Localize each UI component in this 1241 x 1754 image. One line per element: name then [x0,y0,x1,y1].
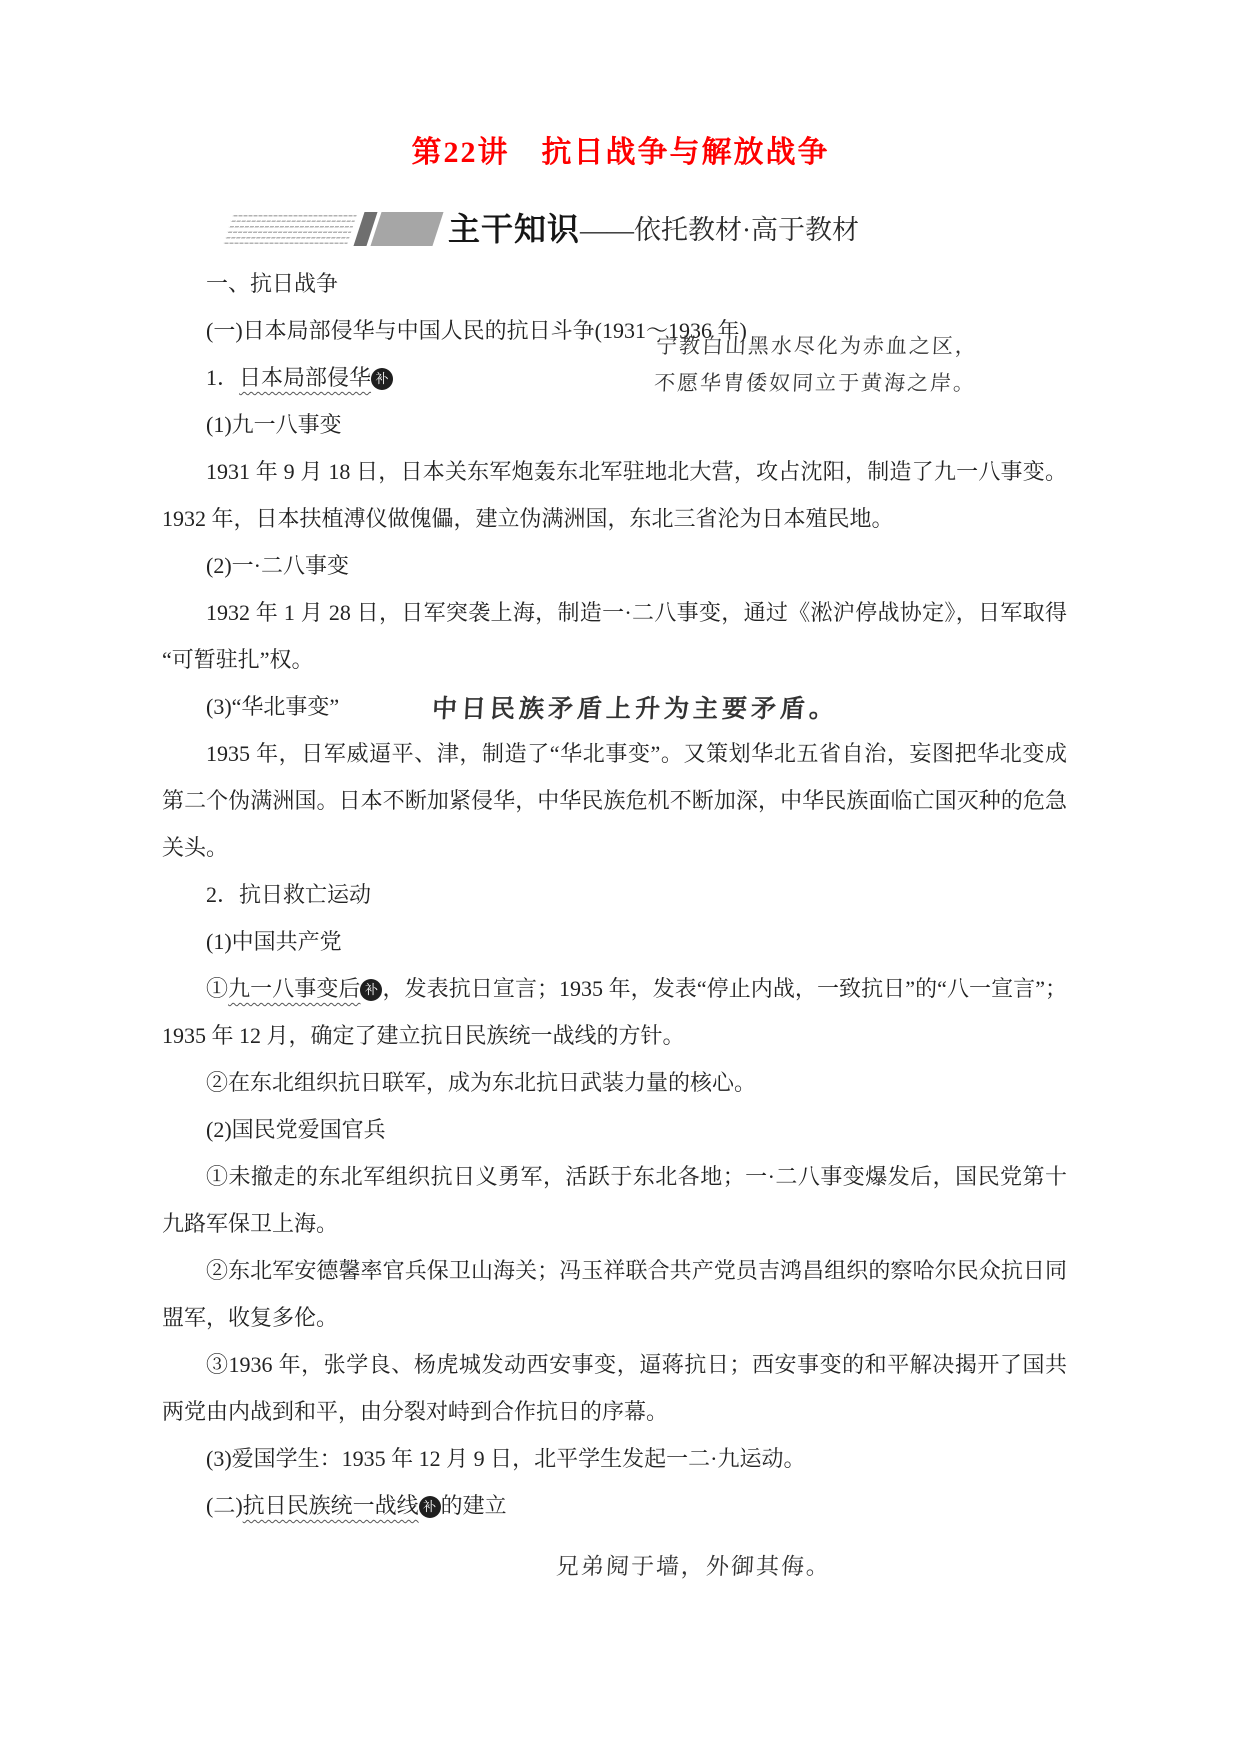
para-sep18-incident: 1931 年 9 月 18 日，日本关东军炮轰东北军驻地北大营，攻占沈阳，制造了… [162,448,1067,542]
supplement-badge-icon: 补 [419,1496,441,1518]
text-run: 1935 年，日军威逼平、津，制造了“华北事变”。又策划华北五省自治，妄图把华北… [162,741,1067,860]
text-run: (1)中国共产党 [206,929,342,954]
page-title: 第22讲 抗日战争与解放战争 [0,136,1241,170]
body-text: 一、抗日战争(一)日本局部侵华与中国人民的抗日斗争(1931～1936 年)1．… [162,260,1067,1529]
key-term: 抗日民族统一战线 [243,1493,419,1518]
para-jan28-incident: 1932 年 1 月 28 日，日军突袭上海，制造一·二八事变，通过《淞沪停战协… [162,589,1067,683]
dotted-texture-decoration [223,215,356,244]
para-kmt-volunteer-army: ①未撤走的东北军组织抗日义勇军，活跃于东北各地；一·二八事变爆发后，国民党第十九… [162,1153,1067,1247]
text-run: 1931 年 9 月 18 日，日本关东军炮轰东北军驻地北大营，攻占沈阳，制造了… [162,459,1067,531]
item-1-ccp: (1)中国共产党 [162,918,1067,965]
key-term: 九一八事变后 [228,976,360,1001]
text-run: (2)国民党爱国官兵 [206,1117,386,1142]
para-kmt-xian-incident: ③1936 年，张学良、杨虎城发动西安事变，逼蒋抗日；西安事变的和平解决揭开了国… [162,1341,1067,1435]
text-run: (二) [206,1493,243,1518]
key-term: 日本局部侵华 [239,365,371,390]
handwritten-note-main-contradiction: 中日民族矛盾上升为主要矛盾。 [431,692,839,726]
text-run: ③1936 年，张学良、杨虎城发动西安事变，逼蒋抗日；西安事变的和平解决揭开了国… [162,1352,1067,1424]
supplement-badge-icon: 补 [371,368,393,390]
para-north-china-incident: 1935 年，日军威逼平、津，制造了“华北事变”。又策划华北五省自治，妄图把华北… [162,730,1067,871]
text-run: 1． [206,365,239,390]
text-run: ②东北军安德馨率官兵保卫山海关；冯玉祥联合共产党员吉鸿昌组织的察哈尔民众抗日同盟… [162,1258,1067,1330]
section-heading-1: 一、抗日战争 [162,260,1067,307]
text-run: 一、抗日战争 [206,271,338,296]
document-page: 第22讲 抗日战争与解放战争 主干知识 ——依托教材·高于教材 一、抗日战争(一… [0,0,1241,1754]
text-run: (2)一·二八事变 [206,553,349,578]
parallelogram-decoration [370,212,443,246]
para-kmt-shanhaiguan: ②东北军安德馨率官兵保卫山海关；冯玉祥联合共产党员吉鸿昌组织的察哈尔民众抗日同盟… [162,1247,1067,1341]
item-3-patriotic-students: (3)爱国学生：1935 年 12 月 9 日，北平学生发起一二·九运动。 [162,1435,1067,1482]
handwritten-note-northeast: 宁教白山黑水尽化为赤血之区， 不愿华胄倭奴同立于黄海之岸。 [653,328,979,402]
text-run: 1932 年 1 月 28 日，日军突袭上海，制造一·二八事变，通过《淞沪停战协… [162,600,1067,672]
text-run: (3)爱国学生：1935 年 12 月 9 日，北平学生发起一二·九运动。 [206,1446,805,1471]
handwritten-line: 兄弟阋于墙，外御其侮。 [555,1550,832,1584]
text-run: ②在东北组织抗日联军，成为东北抗日武装力量的核心。 [206,1070,756,1095]
handwritten-line: 宁教白山黑水尽化为赤血之区， [655,328,979,365]
point-2-salvation-movement: 2．抗日救亡运动 [162,871,1067,918]
text-run: ① [206,976,228,1001]
item-2-kmt-patriotic-officers: (2)国民党爱国官兵 [162,1106,1067,1153]
para-ccp-declaration: ①九一八事变后补，发表抗日宣言；1935 年，发表“停止内战，一致抗日”的“八一… [162,965,1067,1059]
banner-subtitle: ——依托教材·高于教材 [580,215,859,246]
banner-heading: 主干知识 [448,212,580,246]
text-run: 2．抗日救亡运动 [206,882,371,907]
item-2-jan28-incident: (2)一·二八事变 [162,542,1067,589]
subsection-heading-1-2: (二)抗日民族统一战线补的建立 [162,1482,1067,1529]
text-run: ①未撤走的东北军组织抗日义勇军，活跃于东北各地；一·二八事变爆发后，国民党第十九… [162,1164,1067,1236]
handwritten-note-brothers-quote: 兄弟阋于墙，外御其侮。 [555,1550,832,1584]
item-1-sep18-incident: (1)九一八事变 [162,401,1067,448]
para-ccp-united-army: ②在东北组织抗日联军，成为东北抗日武装力量的核心。 [162,1059,1067,1106]
text-run: 的建立 [441,1493,507,1518]
handwritten-line: 不愿华胄倭奴同立于黄海之岸。 [653,365,977,402]
handwritten-line: 中日民族矛盾上升为主要矛盾。 [431,692,839,726]
section-banner: 主干知识 ——依托教材·高于教材 [228,206,1241,246]
text-run: (1)九一八事变 [206,412,342,437]
supplement-badge-icon: 补 [360,979,382,1001]
text-run: (3)“华北事变” [206,694,339,719]
